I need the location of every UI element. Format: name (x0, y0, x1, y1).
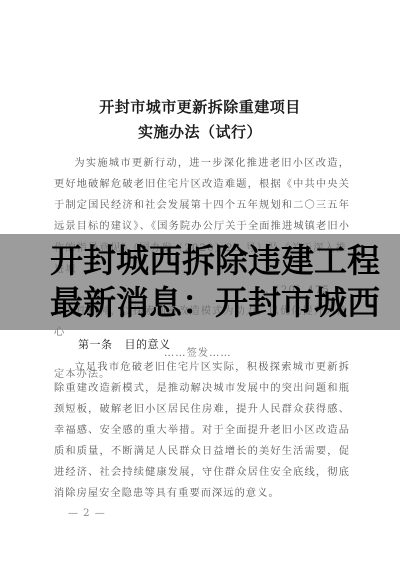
document-title-line1: 开封市城市更新拆除重建项目 (0, 96, 400, 117)
headline-line1: 开封城西拆除违建工程 (50, 243, 360, 279)
headline-line2: 最新消息：开封市城西 (50, 285, 360, 321)
article1-paragraph: 立足我市危破老旧住宅片区实际，积极探索城市更新拆除重建改造新模式，是推动解决城市… (54, 357, 350, 504)
article-title: 目的意义 (125, 338, 171, 351)
document-title-line2: 实施办法（试行） (0, 121, 400, 142)
article-label: 第一条 (78, 338, 113, 351)
page-number: — 2 — (68, 508, 106, 519)
document-page: 开封市城市更新拆除重建项目 实施办法（试行） 为实施城市更新行动，进一步深化推进… (0, 0, 400, 565)
article-heading: 第一条目的意义 (78, 336, 171, 352)
